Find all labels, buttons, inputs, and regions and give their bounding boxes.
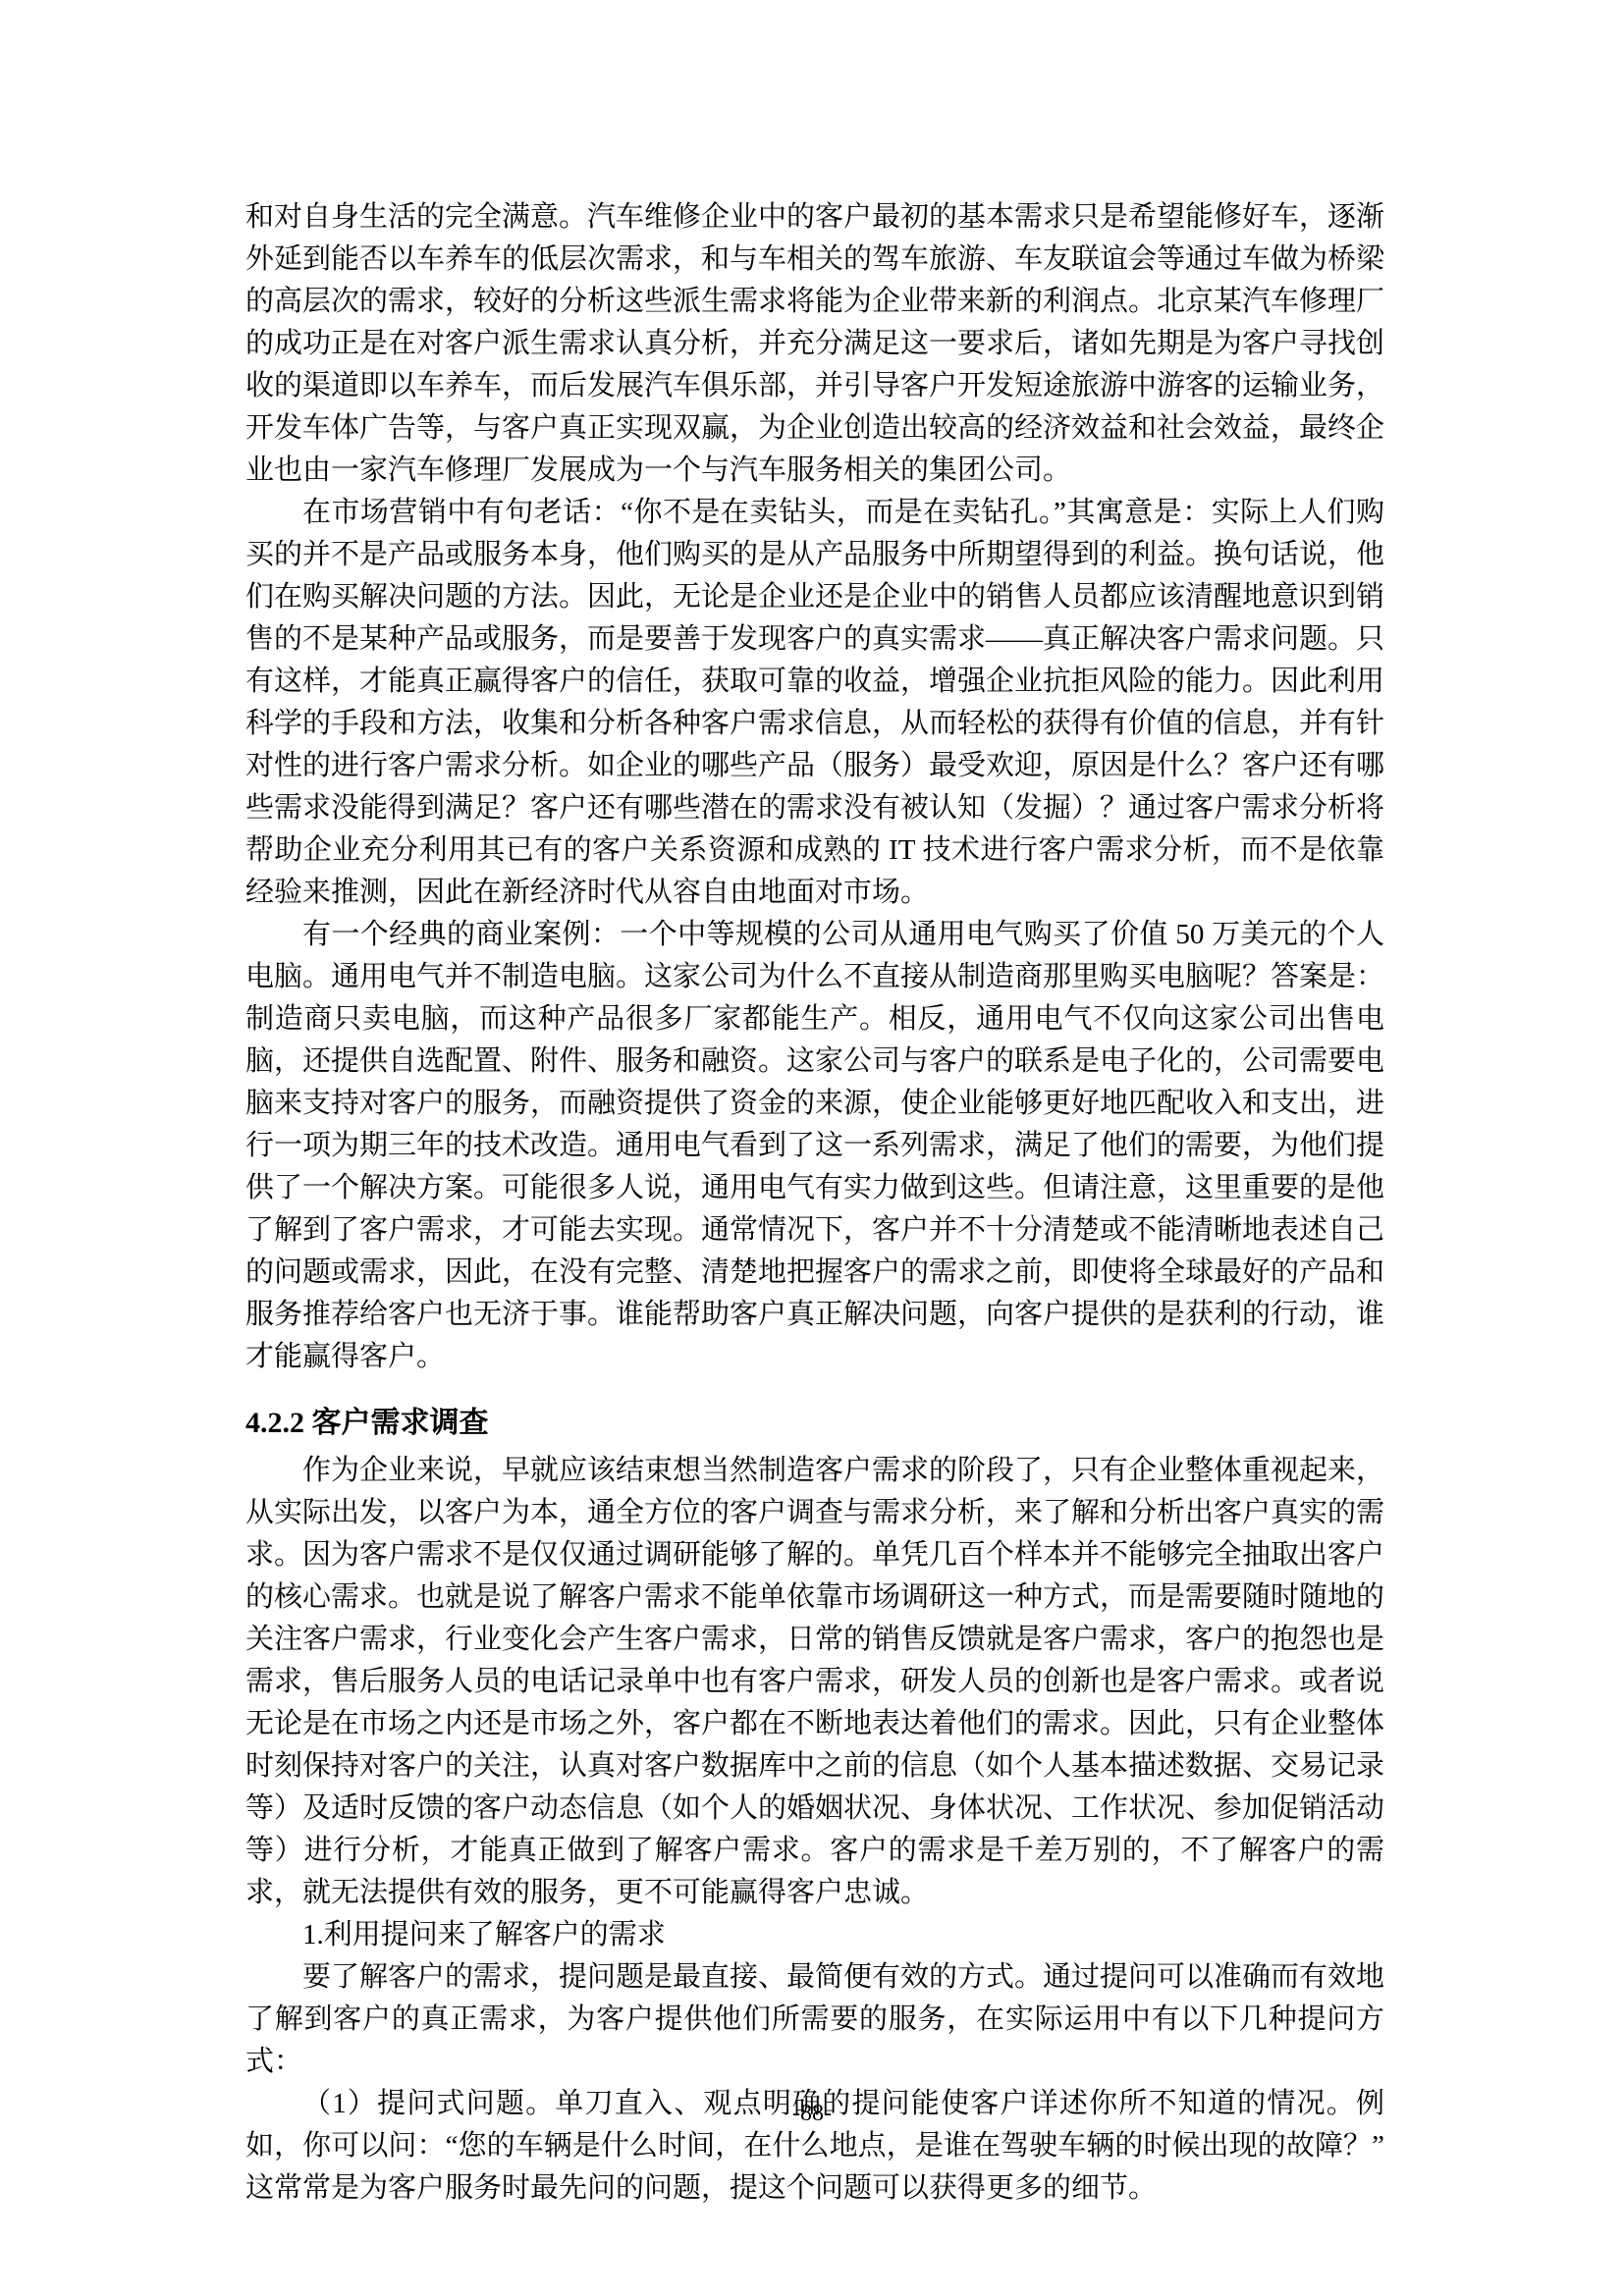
page-body: 和对自身生活的完全满意。汽车维修企业中的客户最初的基本需求只是希望能修好车，逐渐… xyxy=(245,196,1384,2210)
paragraph-ge-case-study: 有一个经典的商业案例：一个中等规模的公司从通用电气购买了价值 50 万美元的个人… xyxy=(245,914,1384,1378)
paragraph-intro-continuation: 和对自身生活的完全满意。汽车维修企业中的客户最初的基本需求只是希望能修好车，逐渐… xyxy=(245,196,1384,492)
section-heading: 4.2.2 客户需求调查 xyxy=(245,1402,1384,1445)
paragraph-customer-survey: 作为企业来说，早就应该结束想当然制造客户需求的阶段了，只有企业整体重视起来，从实… xyxy=(245,1450,1384,1914)
page-number: -88- xyxy=(0,2099,1624,2128)
paragraph-marketing-saying: 在市场营销中有句老话：“你不是在卖钻头，而是在卖钻孔。”其寓意是：实际上人们购买… xyxy=(245,492,1384,914)
subheading-question-method: 1.利用提问来了解客户的需求 xyxy=(245,1914,1384,1956)
paragraph-question-intro: 要了解客户的需求，提问题是最直接、最简便有效的方式。通过提问可以准确而有效地了解… xyxy=(245,1956,1384,2083)
document-page: 和对自身生活的完全满意。汽车维修企业中的客户最初的基本需求只是希望能修好车，逐渐… xyxy=(0,0,1624,2296)
